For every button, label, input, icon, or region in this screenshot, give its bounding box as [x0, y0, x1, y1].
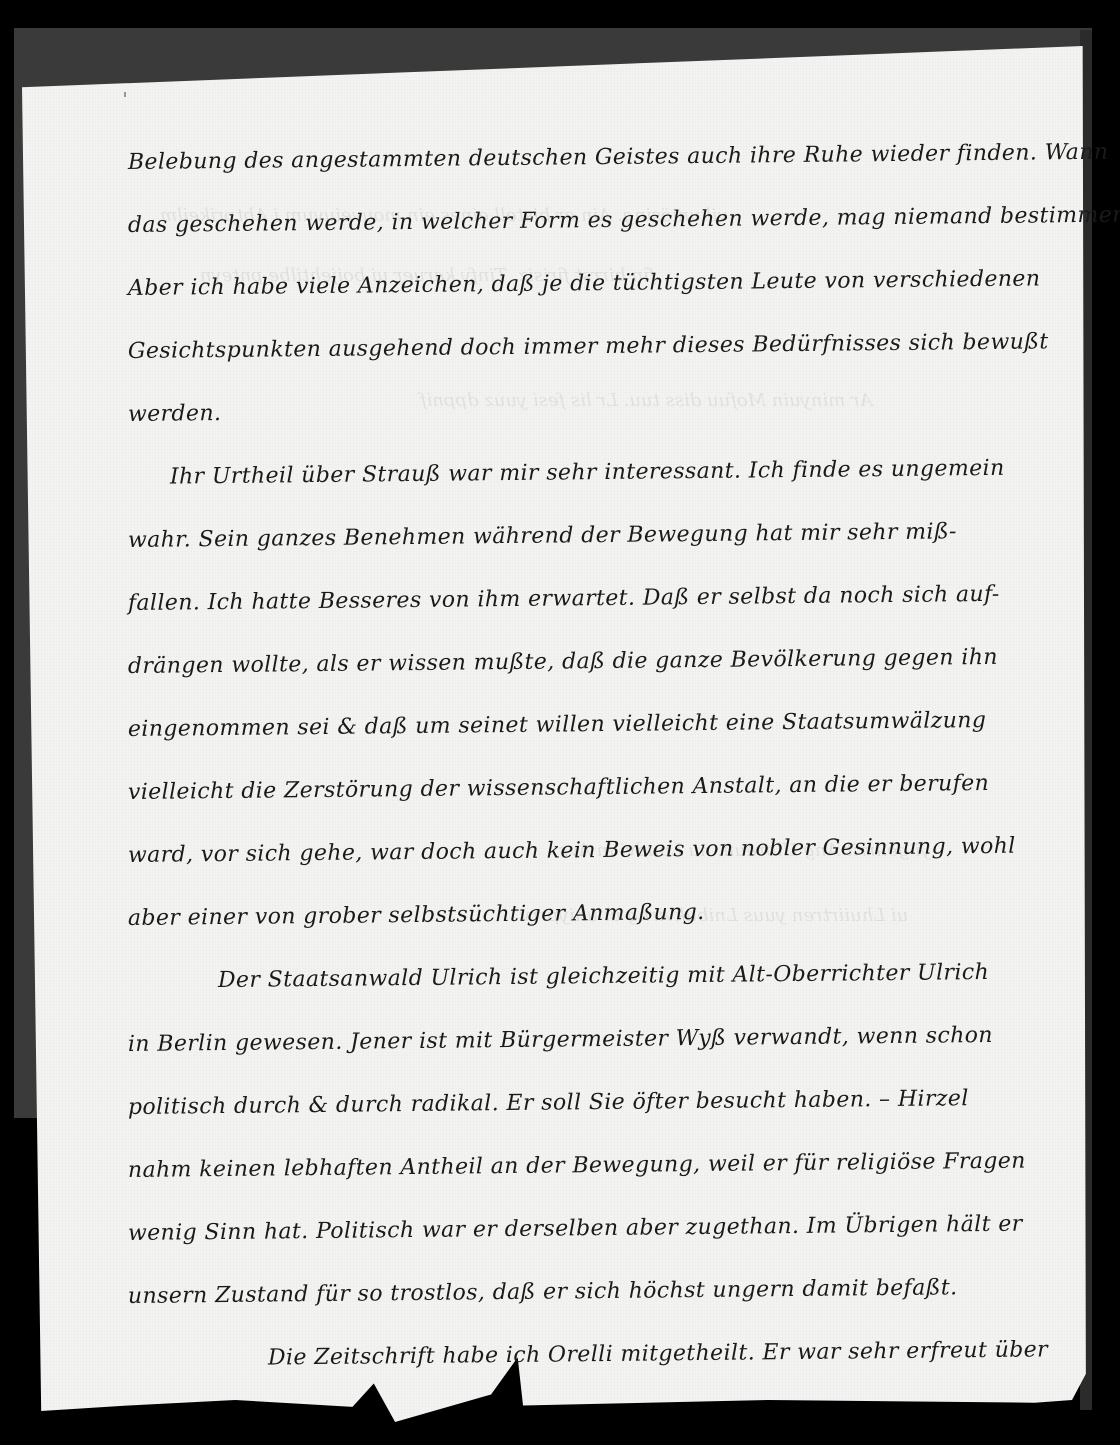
letter-line: eingenommen sei & daß um seinet willen v… — [128, 696, 989, 768]
ink-mark — [124, 92, 126, 97]
letter-line: Belebung des angestammten deutschen Geis… — [128, 129, 989, 201]
letter-line: das geschehen werde, in welcher Form es … — [128, 192, 989, 264]
letter-line: werden. — [128, 381, 989, 453]
letter-line: nahm keinen lebhaften Antheil an der Bew… — [128, 1137, 989, 1209]
letter-line: unsern Zustand für so trostlos, daß er s… — [128, 1263, 989, 1335]
letter-line: in Berlin gewesen. Jener ist mit Bürgerm… — [128, 1011, 989, 1083]
letter-line: Die Zeitschrift habe ich Orelli mitgethe… — [128, 1326, 989, 1398]
letter-line: wenig Sinn hat. Politisch war er derselb… — [128, 1200, 989, 1272]
letter-line: ward, vor sich gehe, war doch auch kein … — [128, 822, 989, 894]
letter-line: Aber ich habe viele Anzeichen, daß je di… — [128, 255, 989, 327]
letter-line: aber einer von grober selbstsüchtiger An… — [128, 885, 989, 957]
scan-background: vikuniösing. Ain er bistell eines ein mo… — [0, 0, 1120, 1445]
letter-line: politisch durch & durch radikal. Er soll… — [128, 1074, 989, 1146]
letter-line: Der Staatsanwald Ulrich ist gleichzeitig… — [128, 948, 989, 1020]
letter-line: drängen wollte, als er wissen mußte, daß… — [128, 633, 989, 705]
letter-line: Gesichtspunkten ausgehend doch immer meh… — [128, 318, 989, 390]
letter-line: fallen. Ich hatte Besseres von ihm erwar… — [128, 570, 989, 642]
letter-line: vielleicht die Zerstörung der wissenscha… — [128, 759, 989, 831]
letter-line: Ihr Urtheil über Strauß war mir sehr int… — [128, 444, 989, 516]
letter-line: wahr. Sein ganzes Benehmen während der B… — [128, 507, 989, 579]
letter-body: Belebung des angestammten deutschen Geis… — [128, 138, 988, 1398]
